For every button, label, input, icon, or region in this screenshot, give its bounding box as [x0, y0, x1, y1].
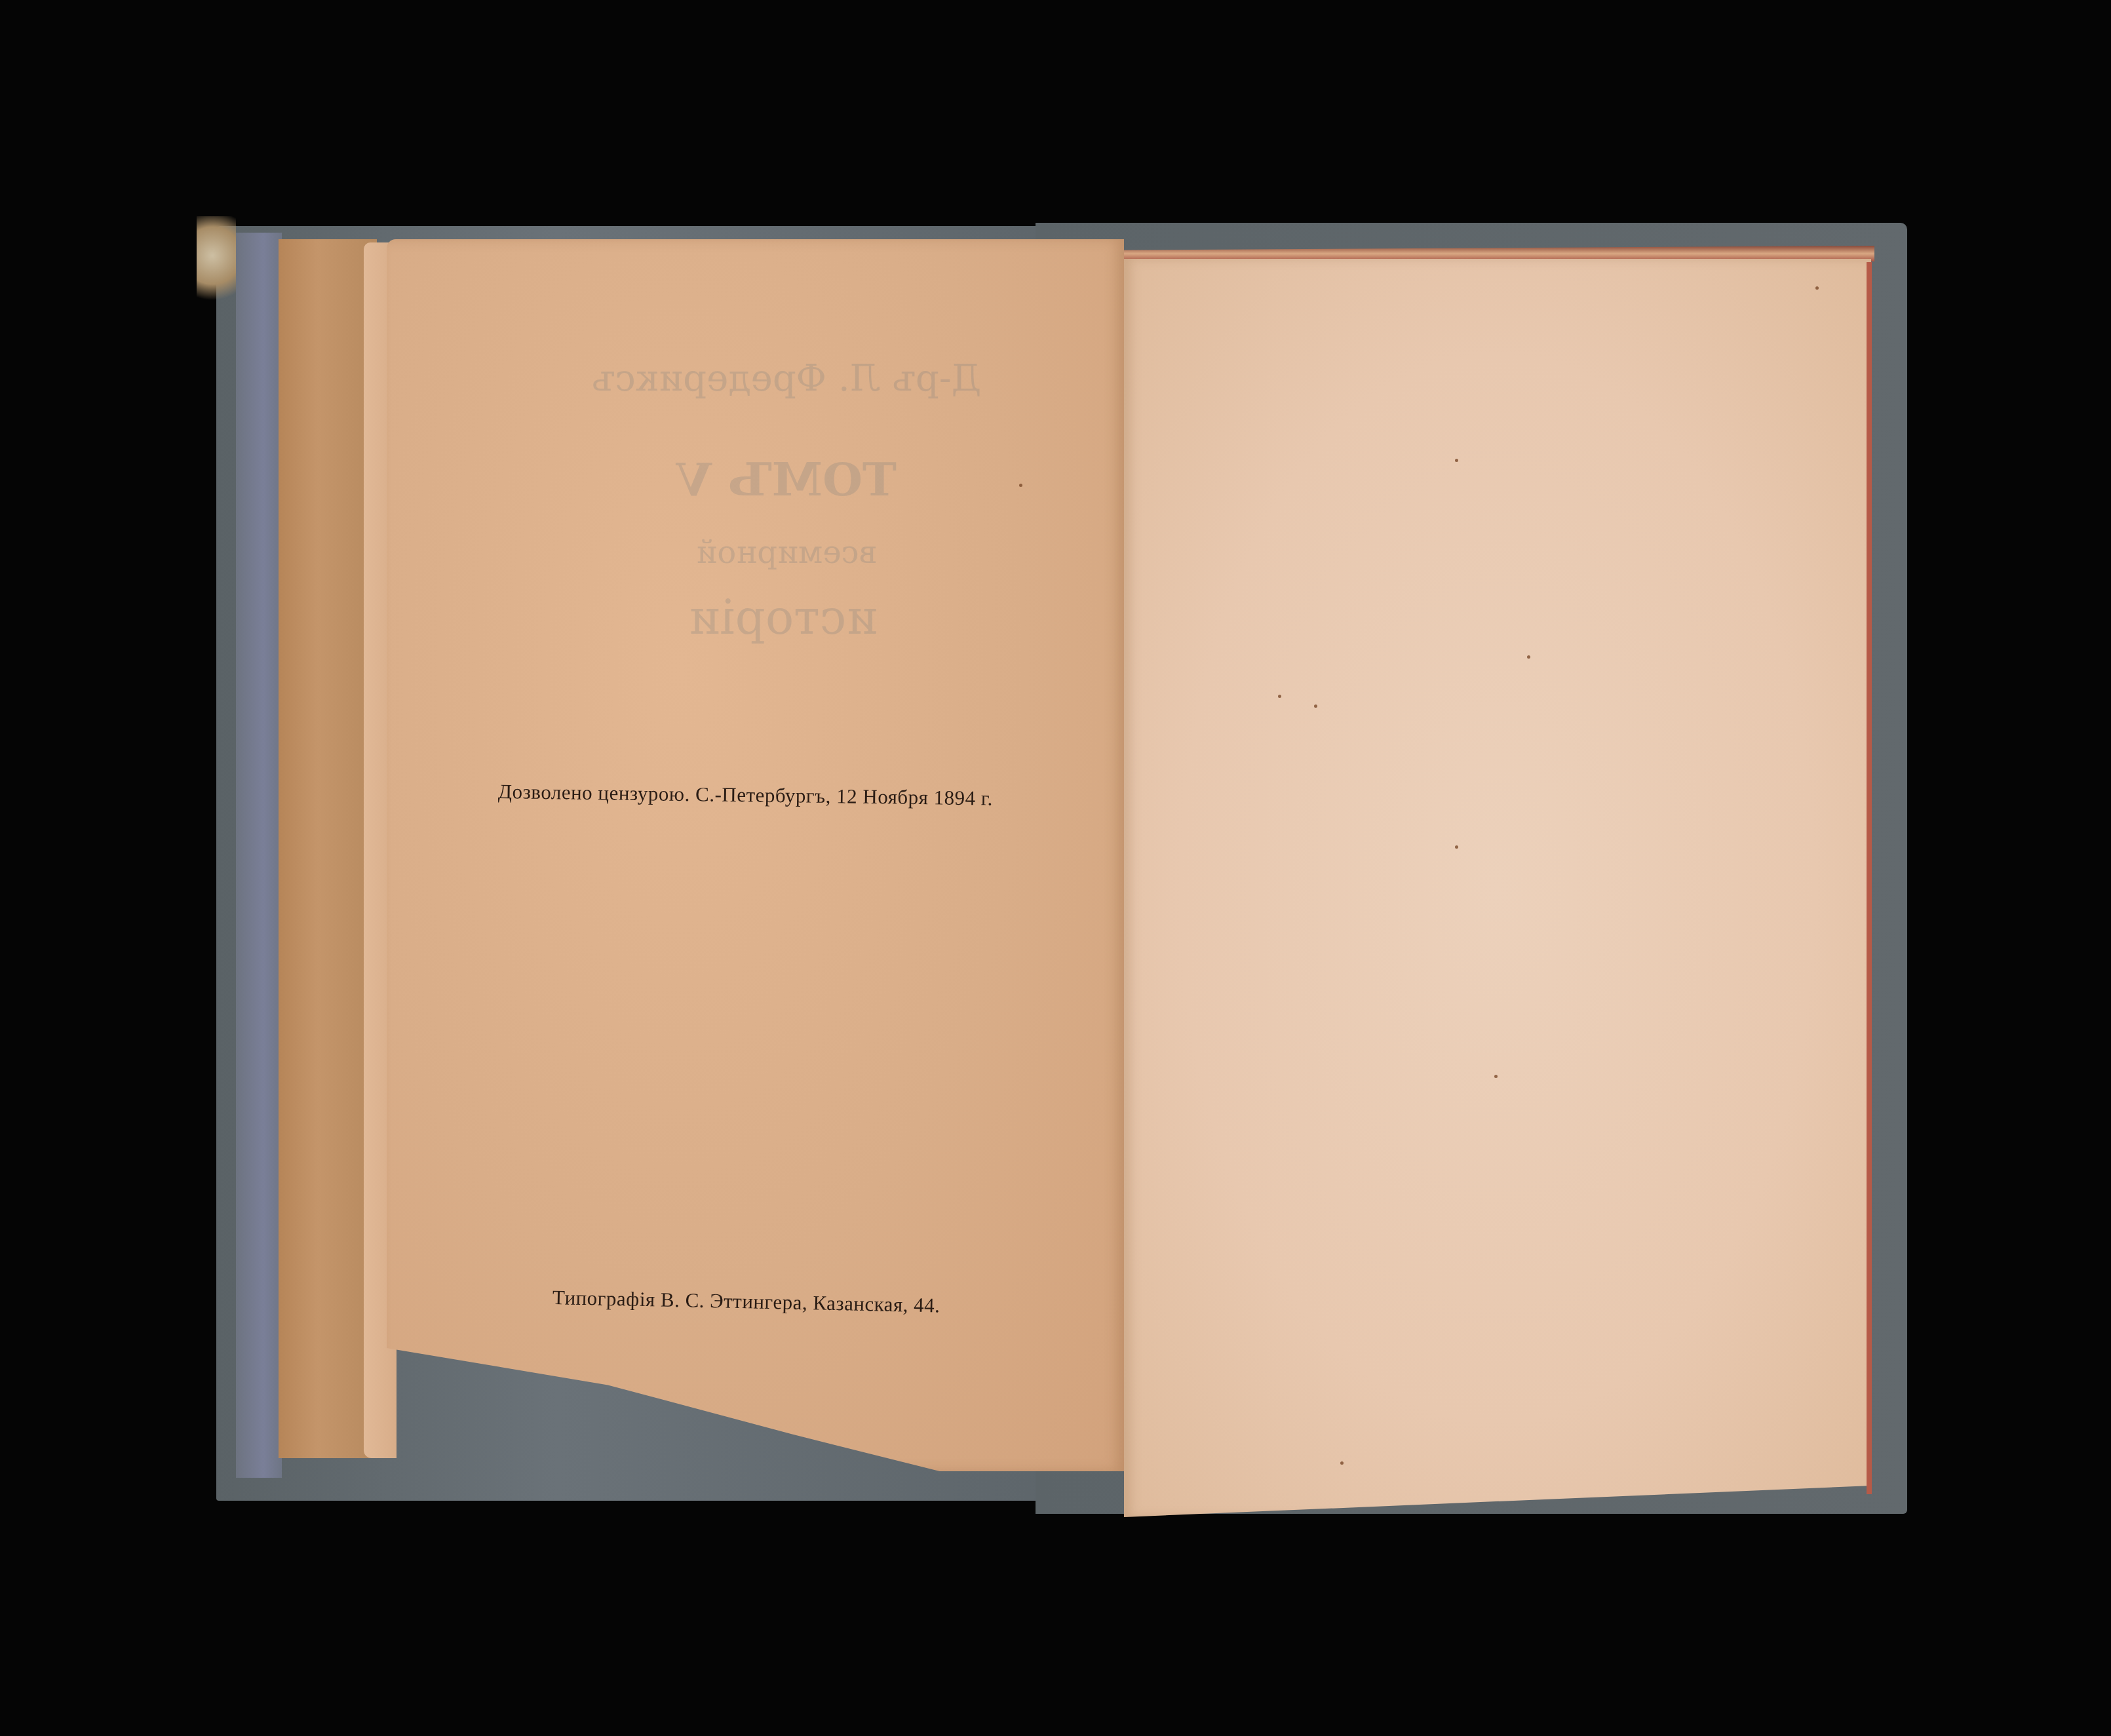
page-block-red-edge — [1867, 262, 1872, 1494]
show-through-author: Д-ръ Л. Фредериксъ — [590, 357, 983, 400]
foxing-spot — [1494, 1075, 1498, 1078]
foxing-spot — [1314, 704, 1317, 708]
frayed-corner — [197, 216, 236, 315]
show-through-line4: исторіи — [472, 590, 1094, 645]
foxing-spot — [1455, 845, 1458, 849]
endpaper-left — [279, 239, 377, 1458]
foxing-spot — [1815, 286, 1819, 290]
foxing-spot — [1019, 484, 1022, 487]
foxing-spot — [1278, 695, 1281, 698]
foxing-spot — [1340, 1461, 1344, 1465]
show-through-volume: ТОМЪ V — [590, 452, 983, 507]
show-through-title: ​ — [459, 800, 1088, 868]
right-page — [1124, 259, 1871, 1517]
foxing-spot — [1455, 459, 1458, 462]
foxing-spot — [1527, 655, 1530, 659]
cover-inner-hinge — [236, 233, 282, 1478]
show-through-line3: всемирной — [590, 534, 983, 571]
